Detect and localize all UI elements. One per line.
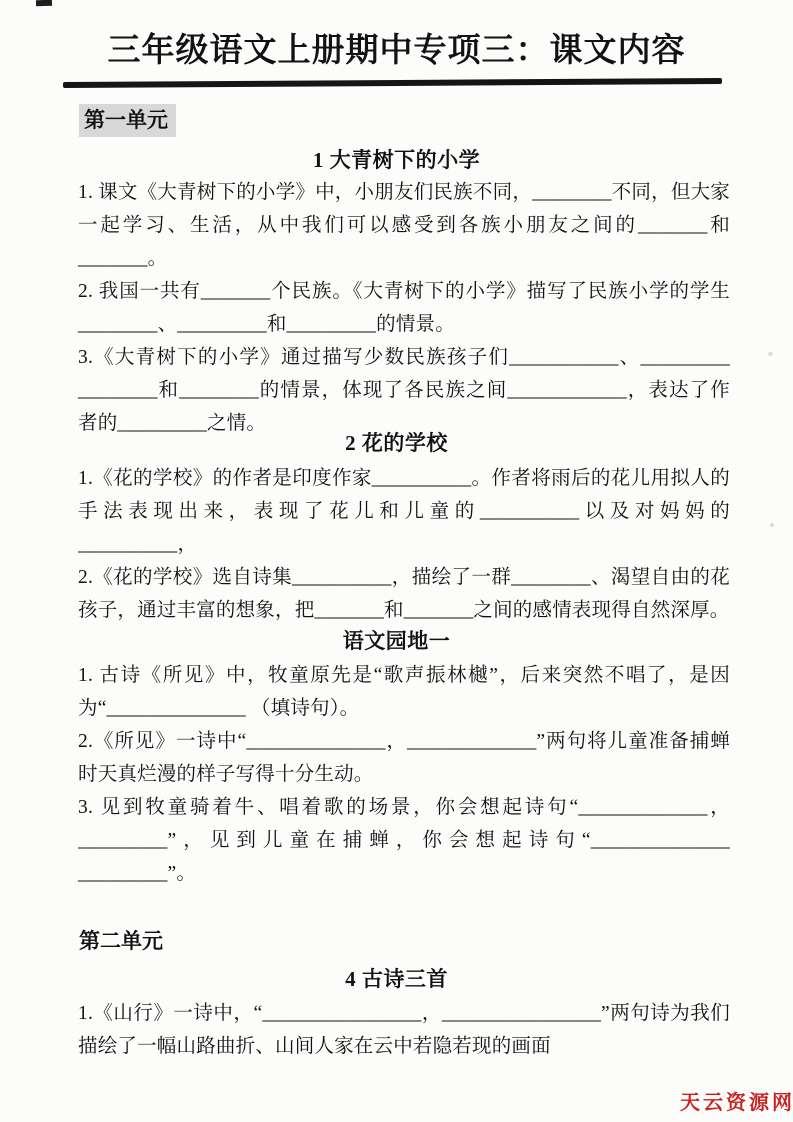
- page-title: 三年级语文上册期中专项三：课文内容: [0, 24, 793, 71]
- scan-speck: [770, 523, 774, 527]
- question-text: 3. 见到牧童骑着牛、唱着歌的场景，你会想起诗句“_____________，_…: [78, 791, 730, 890]
- scan-speck: [768, 352, 773, 356]
- question-text: 2.《花的学校》选自诗集__________，描绘了一群________、渴望自…: [78, 561, 730, 627]
- question-text: 1.《花的学校》的作者是印度作家__________。作者将雨后的花儿用拟人的手…: [78, 462, 730, 561]
- worksheet-page: 三年级语文上册期中专项三：课文内容 第一单元 1 大青树下的小学 1. 课文《大…: [0, 0, 793, 1122]
- question-text: 3.《大青树下的小学》通过描写少数民族孩子们___________、______…: [78, 341, 730, 440]
- question-text: 2. 我国一共有_______个民族。《大青树下的小学》描写了民族小学的学生__…: [78, 275, 730, 341]
- garden-1-questions: 1. 古诗《所见》中，牧童原先是“歌声振林樾”，后来突然不唱了，是因为“____…: [78, 659, 730, 890]
- question-text: 1.《山行》一诗中，“________________，____________…: [78, 997, 730, 1063]
- lesson-2-questions: 1.《花的学校》的作者是印度作家__________。作者将雨后的花儿用拟人的手…: [78, 462, 730, 627]
- question-text: 2.《所见》一诗中“______________，_____________”两…: [78, 725, 730, 791]
- lesson-1-questions: 1. 课文《大青树下的小学》中，小朋友们民族不同，________不同，但大家一…: [78, 176, 730, 440]
- garden-1-heading: 语文园地一: [0, 625, 793, 655]
- scan-artifact-dash: [36, 0, 52, 6]
- question-text: 1. 古诗《所见》中，牧童原先是“歌声振林樾”，后来突然不唱了，是因为“____…: [78, 659, 730, 725]
- question-text: 1. 课文《大青树下的小学》中，小朋友们民族不同，________不同，但大家一…: [78, 176, 730, 275]
- lesson-4-questions: 1.《山行》一诗中，“________________，____________…: [78, 997, 730, 1063]
- unit-2-label: 第二单元: [79, 928, 163, 954]
- title-divider-rule: [63, 78, 722, 88]
- watermark-text: 天云资源网: [680, 1086, 793, 1115]
- lesson-2-heading: 2 花的学校: [0, 427, 793, 457]
- lesson-1-heading: 1 大青树下的小学: [0, 144, 793, 174]
- unit-1-label: 第一单元: [79, 104, 176, 137]
- lesson-4-heading: 4 古诗三首: [0, 963, 793, 993]
